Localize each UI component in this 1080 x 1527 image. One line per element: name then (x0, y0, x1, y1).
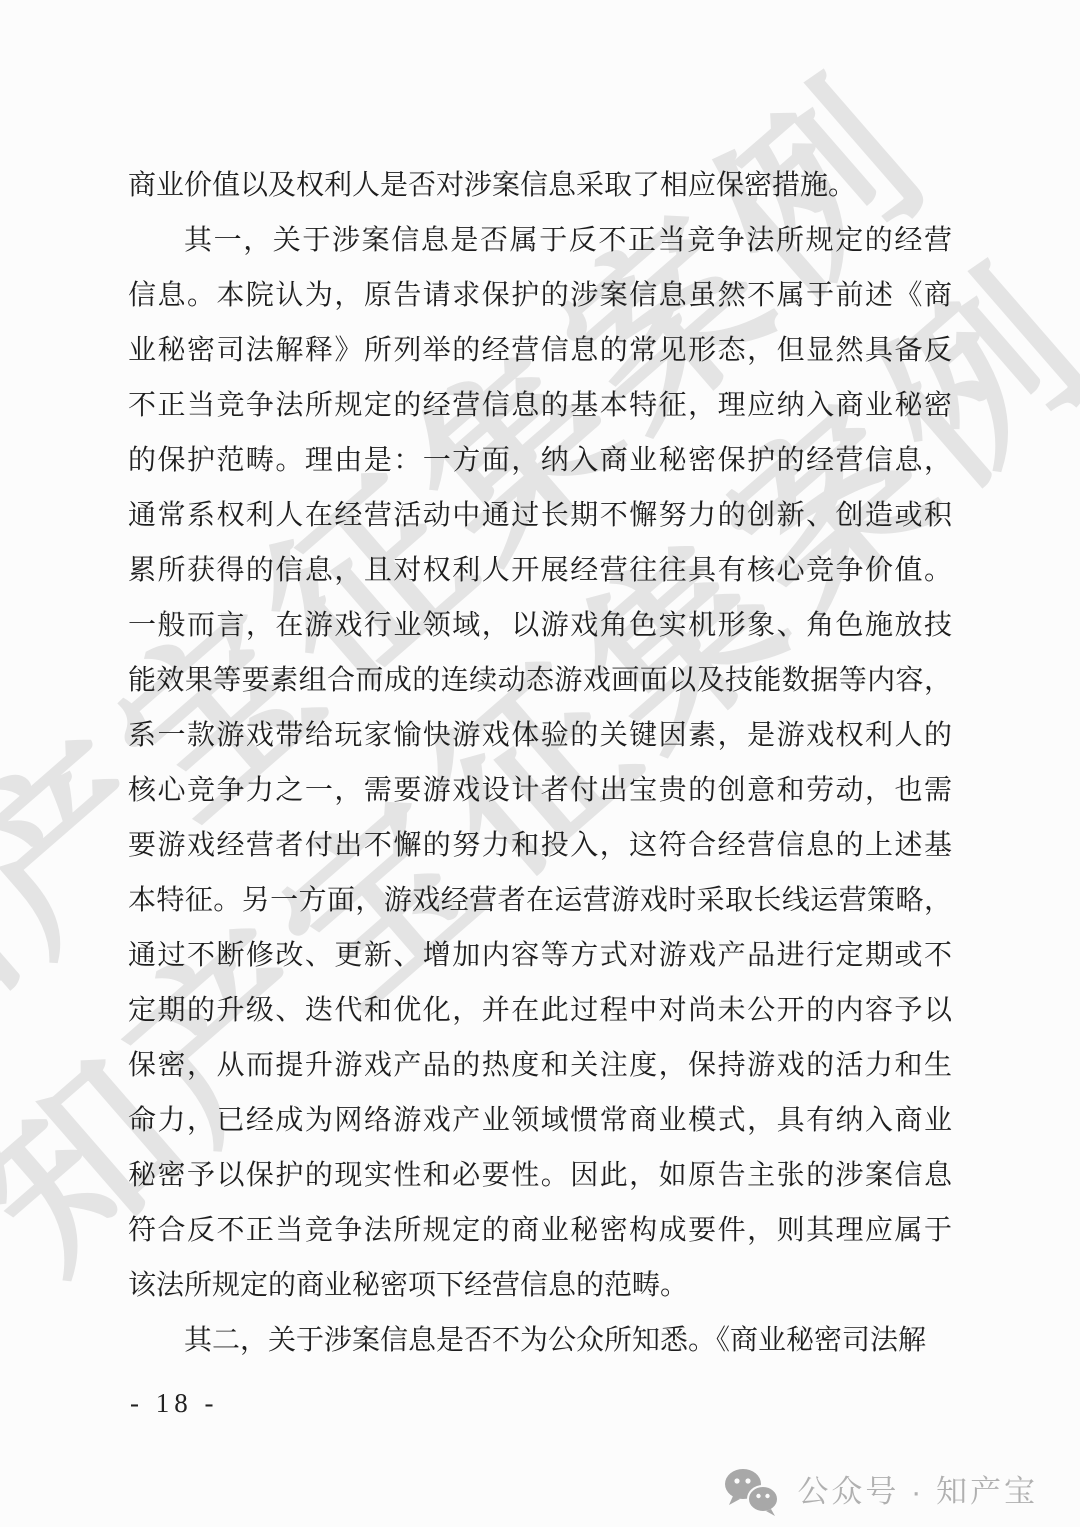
wechat-label: 公众号 · 知产宝 (797, 1468, 1038, 1516)
document-body: 商业价值以及权利人是否对涉案信息采取了相应保密措施。其一，关于涉案信息是否属于反… (128, 158, 952, 1368)
text-line: 商业价值以及权利人是否对涉案信息采取了相应保密措施。 (128, 158, 952, 213)
text-line: 保密，从而提升游戏产品的热度和关注度，保持游戏的活力和生 (128, 1038, 952, 1093)
text-line: 一般而言，在游戏行业领域，以游戏角色实机形象、角色施放技 (128, 598, 952, 653)
page: 知产宝征集案例 知产宝征集案例 商业价值以及权利人是否对涉案信息采取了相应保密措… (0, 0, 1080, 1527)
text-line: 的保护范畴。理由是：一方面，纳入商业秘密保护的经营信息， (128, 433, 952, 488)
text-line: 定期的升级、迭代和优化，并在此过程中对尚未公开的内容予以 (128, 983, 952, 1038)
text-line: 业秘密司法解释》所列举的经营信息的常见形态，但显然具备反 (128, 323, 952, 378)
wechat-icon (723, 1468, 781, 1516)
text-line: 系一款游戏带给玩家愉快游戏体验的关键因素，是游戏权利人的 (128, 708, 952, 763)
text-line: 信息。本院认为，原告请求保护的涉案信息虽然不属于前述《商 (128, 268, 952, 323)
text-line: 本特征。另一方面，游戏经营者在运营游戏时采取长线运营策略， (128, 873, 952, 928)
text-line: 该法所规定的商业秘密项下经营信息的范畴。 (128, 1258, 952, 1313)
text-line: 其一，关于涉案信息是否属于反不正当竞争法所规定的经营 (128, 213, 952, 268)
text-line: 要游戏经营者付出不懈的努力和投入，这符合经营信息的上述基 (128, 818, 952, 873)
page-number: - 18 - (130, 1388, 218, 1419)
text-line: 核心竞争力之一，需要游戏设计者付出宝贵的创意和劳动，也需 (128, 763, 952, 818)
text-line: 秘密予以保护的现实性和必要性。因此，如原告主张的涉案信息 (128, 1148, 952, 1203)
text-line: 其二，关于涉案信息是否不为公众所知悉。《商业秘密司法解 (128, 1313, 952, 1368)
text-line: 命力，已经成为网络游戏产业领域惯常商业模式，具有纳入商业 (128, 1093, 952, 1148)
text-line: 符合反不正当竞争法所规定的商业秘密构成要件，则其理应属于 (128, 1203, 952, 1258)
text-line: 通过不断修改、更新、增加内容等方式对游戏产品进行定期或不 (128, 928, 952, 983)
footer-brand: 公众号 · 知产宝 (723, 1468, 1038, 1516)
text-line: 不正当竞争法所规定的经营信息的基本特征，理应纳入商业秘密 (128, 378, 952, 433)
text-line: 累所获得的信息，且对权利人开展经营往往具有核心竞争价值。 (128, 543, 952, 598)
text-line: 通常系权利人在经营活动中通过长期不懈努力的创新、创造或积 (128, 488, 952, 543)
text-line: 能效果等要素组合而成的连续动态游戏画面以及技能数据等内容， (128, 653, 952, 708)
